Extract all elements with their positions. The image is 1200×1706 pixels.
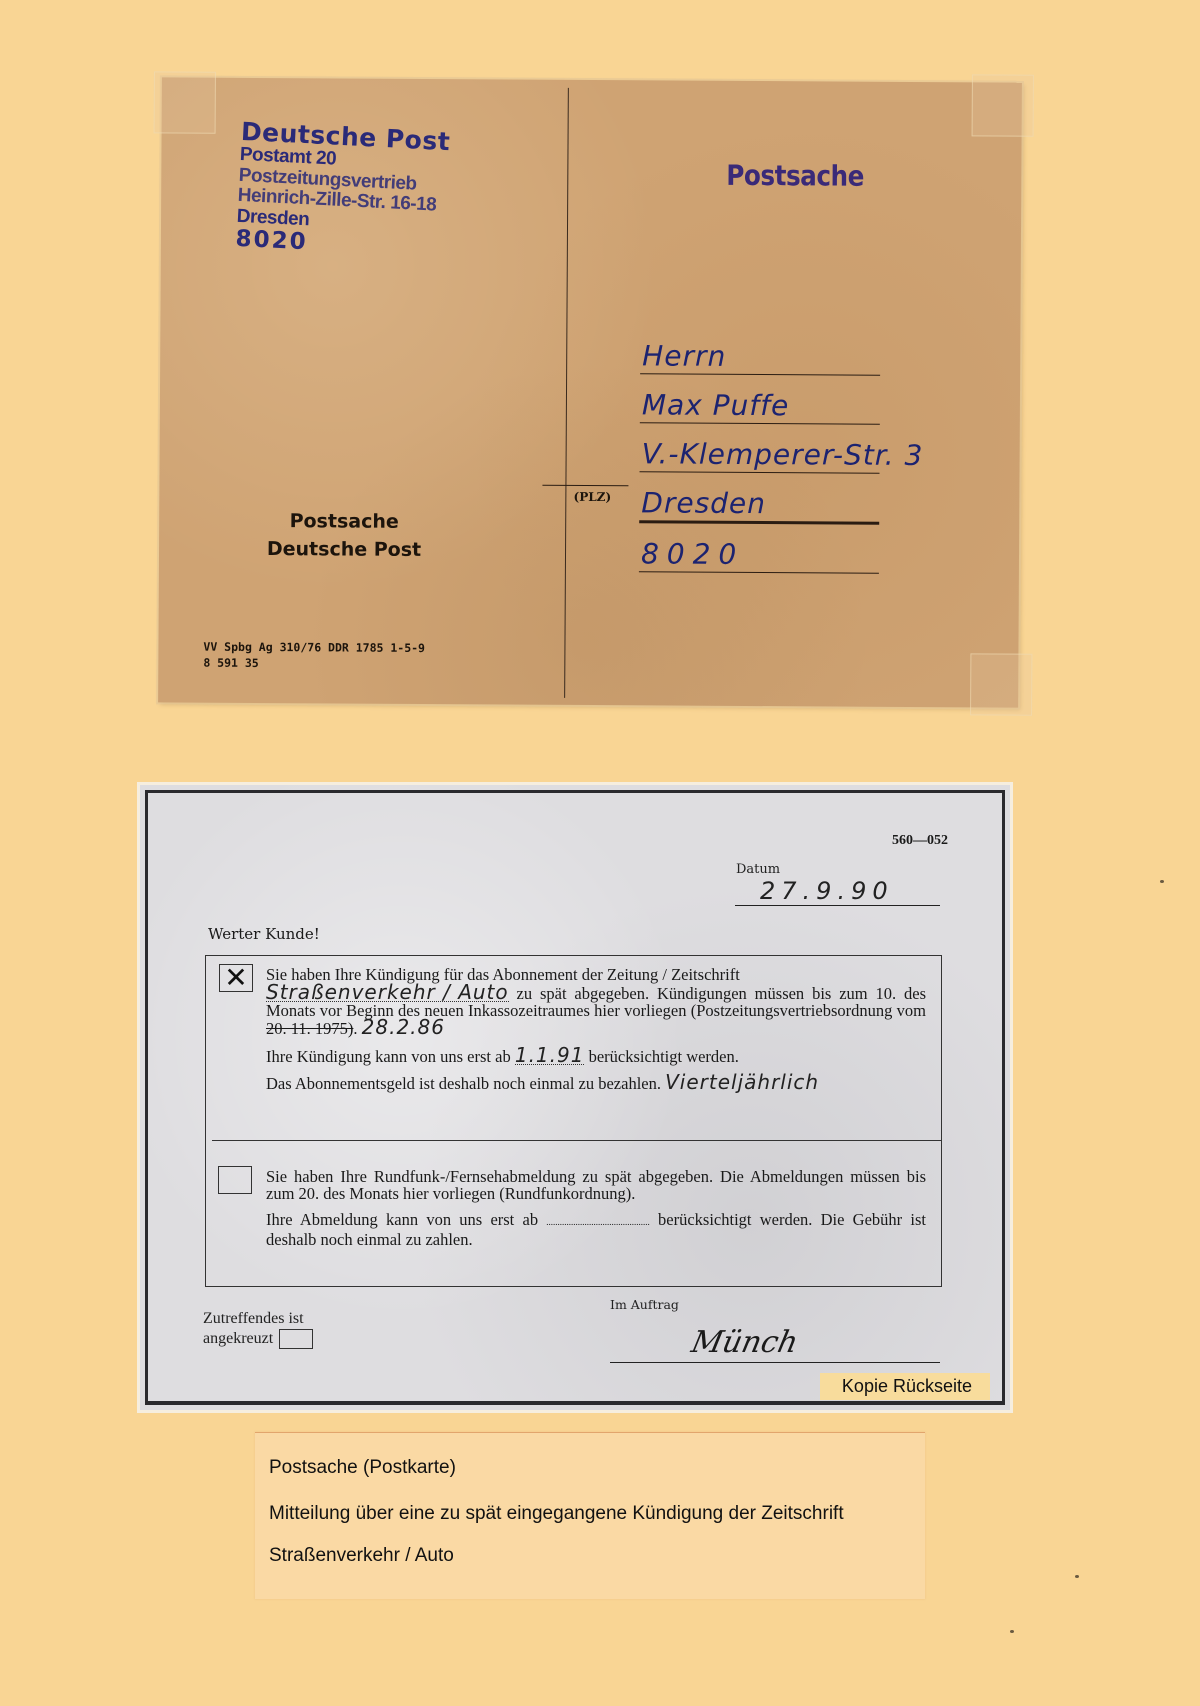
- caption-line2: Mitteilung über eine zu spät eingegangen…: [269, 1503, 844, 1525]
- notice-form-box: ✕ Sie haben Ihre Kündigung für das Abonn…: [205, 955, 942, 1287]
- photo-corner-mount: [154, 71, 216, 133]
- subscription-notice: Sie haben Ihre Kündigung für das Abonnem…: [266, 966, 926, 1092]
- address-city: Dresden: [641, 486, 766, 520]
- date-label: Datum: [736, 862, 780, 877]
- broadcast-checkbox[interactable]: [218, 1166, 252, 1194]
- address-salutation: Herrn: [642, 339, 726, 373]
- broadcast-effective-blank: ........................................…: [546, 1217, 650, 1227]
- footnote-line1: Zutreffendes ist: [203, 1309, 313, 1329]
- signature: Münch: [688, 1325, 801, 1360]
- section-separator: [212, 1140, 941, 1141]
- printer-imprint: VV Spbg Ag 310/76 DDR 1785 1-5-9 8 591 3…: [203, 640, 425, 672]
- address-line: Max Puffe: [640, 374, 880, 424]
- printed-marking-line1: Postsache: [244, 508, 444, 537]
- footnote-line2-text: angekreuzt: [203, 1330, 273, 1347]
- exhibit-caption: Postsache (Postkarte) Mitteilung über ei…: [255, 1432, 925, 1599]
- imprint-line2: 8 591 35: [203, 655, 425, 672]
- greeting: Werter Kunde!: [208, 925, 320, 943]
- broadcast-effective-line: Ihre Abmeldung kann von uns erst ab ....…: [266, 1211, 926, 1248]
- printed-marking: Postsache Deutsche Post: [244, 508, 444, 564]
- footnote: Zutreffendes ist angekreuzt: [203, 1309, 313, 1349]
- struck-regulation-date: 20. 11. 1975): [266, 1019, 353, 1038]
- subscription-body: Straßenverkehr / Auto zu spät abgegeben.…: [266, 983, 926, 1037]
- form-number: 560—052: [892, 833, 948, 849]
- photo-corner-mount: [972, 74, 1034, 136]
- broadcast-effective-before: Ihre Abmeldung kann von uns erst ab: [266, 1210, 546, 1229]
- effective-text-after: berücksichtigt werden.: [584, 1047, 738, 1066]
- reverse-side-copy: 560—052 Datum 27.9.90 Werter Kunde! ✕ Si…: [140, 785, 1010, 1410]
- imprint-line1: VV Spbg Ag 310/76 DDR 1785 1-5-9: [203, 640, 425, 657]
- footnote-line2: angekreuzt: [203, 1329, 313, 1349]
- copy-reverse-label: Kopie Rückseite: [820, 1373, 990, 1400]
- card-divider-line: [564, 88, 569, 698]
- address-postal-code: 8020: [641, 537, 744, 571]
- postcard-front: Deutsche Post Postamt 20 Postzeitungsver…: [158, 77, 1022, 707]
- fee-line: Das Abonnementsgeld ist deshalb noch ein…: [266, 1074, 926, 1092]
- address-street: V.-Klemperer-Str. 3: [642, 437, 924, 472]
- fee-period-handwritten: Vierteljährlich: [665, 1070, 819, 1094]
- paper-speck: [1010, 1630, 1014, 1633]
- paper-speck: [1160, 880, 1164, 883]
- address-line: V.-Klemperer-Str. 3: [640, 423, 880, 473]
- plz-line: [542, 485, 628, 487]
- address-name: Max Puffe: [642, 388, 790, 422]
- date-value: 27.9.90: [760, 877, 894, 905]
- caption-line3: Straßenverkehr / Auto: [269, 1545, 454, 1567]
- fee-text: Das Abonnementsgeld ist deshalb noch ein…: [266, 1074, 661, 1093]
- effective-date-line: Ihre Kündigung kann von uns erst ab 1.1.…: [266, 1046, 926, 1065]
- sender-stamp: Deutsche Post Postamt 20 Postzeitungsver…: [235, 118, 451, 262]
- signature-line: [610, 1362, 940, 1363]
- broadcast-notice: Sie haben Ihre Rundfunk-/Fernsehabmeldun…: [266, 1168, 926, 1248]
- date-line: [735, 905, 940, 906]
- recipient-address: Herrn Max Puffe V.-Klemperer-Str. 3 Dres…: [639, 325, 881, 573]
- printed-marking-line2: Deutsche Post: [244, 535, 444, 564]
- paper-speck: [1075, 1575, 1079, 1578]
- effective-text-before: Ihre Kündigung kann von uns erst ab: [266, 1047, 515, 1066]
- on-behalf-label: Im Auftrag: [610, 1297, 679, 1312]
- caption-line1: Postsache (Postkarte): [269, 1457, 456, 1479]
- subscription-checkbox[interactable]: ✕: [219, 964, 253, 992]
- publication-name-handwritten: Straßenverkehr / Auto: [266, 983, 509, 1002]
- photo-corner-mount: [970, 653, 1032, 715]
- legend-checkbox: [279, 1329, 313, 1349]
- address-line: 8020: [639, 523, 879, 573]
- broadcast-body: Sie haben Ihre Rundfunk-/Fernsehabmeldun…: [266, 1168, 926, 1202]
- address-line: Herrn: [640, 325, 880, 375]
- effective-date-handwritten: 1.1.91: [515, 1046, 585, 1065]
- address-line: Dresden: [639, 472, 879, 524]
- plz-label: (PLZ): [542, 490, 642, 505]
- check-mark-icon: ✕: [220, 961, 252, 995]
- corrected-regulation-date: 28.2.86: [362, 1015, 445, 1039]
- postsache-stamp: Postsache: [726, 159, 864, 193]
